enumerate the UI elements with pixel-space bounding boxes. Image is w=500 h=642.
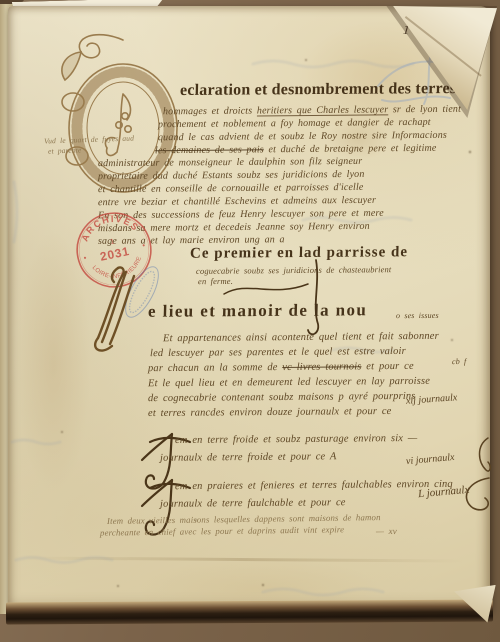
margin-note-left: et parente	[48, 146, 82, 155]
line-text: par chacun an la somme de	[148, 362, 282, 374]
stamp-series: 1	[109, 236, 115, 246]
addendum-amount: — xv	[376, 527, 397, 536]
calligraphic-initial-l	[82, 264, 140, 356]
page-bottom-edge	[6, 600, 493, 625]
manuscript-line: et terres rancdes environ douze journaul…	[148, 407, 392, 420]
section-subline: coguecabrie soubz ses juridicions de cha…	[196, 265, 391, 275]
line-text: et pour ce	[361, 361, 413, 372]
item-line: em en terre froide et soubz pasturage en…	[175, 434, 417, 447]
struck-text: les demaines de ses pais	[155, 144, 264, 156]
line-text: sr de lyon tient	[388, 104, 461, 116]
item-line: journaulx de terre faulchable et pour ce	[160, 498, 346, 510]
document-title: eclaration et desnombrement des terres	[180, 81, 457, 99]
margin-flourish	[455, 474, 495, 522]
line-text: et duché de bretaigne pere et legitime	[264, 143, 437, 156]
manor-heading: e lieu et manoir de la nou	[148, 301, 368, 320]
underlined-text: heritiers que Charles lescuyer	[257, 104, 388, 116]
manuscript-photo: 1 Vud le quart de fuyes aud et parente e…	[0, 0, 500, 642]
heading-tail: o ses issues	[396, 312, 439, 320]
parchment-page: 1 Vud le quart de fuyes aud et parente e…	[8, 6, 490, 612]
calligraphic-swash	[222, 278, 312, 300]
item-line: journaulx de terre froide et pour ce A	[160, 452, 337, 464]
manuscript-line: led lescuyer par ses parentes et le quel…	[150, 347, 406, 360]
line-text: hommages et droicts	[163, 105, 257, 117]
struck-text: vc livres tournois	[282, 361, 361, 373]
inline-margin-mark: cb f	[452, 358, 466, 366]
section-heading: Ce premier en lad parrisse de	[190, 245, 408, 262]
